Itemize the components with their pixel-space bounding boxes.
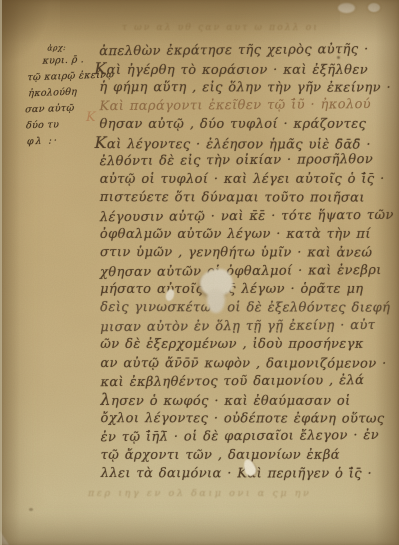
text-line: Καὶ παράγοντι ἐκεῖθεν τῷ ἰ̄ῦ · ἠκολού (99, 96, 391, 117)
text-line: ἡ φήμη αὕτη , εἰς ὅλην τὴν γῆν ἐκείνην · (99, 79, 391, 98)
gospel-text-block: ἀπελθὼν ἐκράτησε τῆς χειρὸς αὐτῆς · Καὶ … (99, 41, 393, 483)
text-line: χθησαν αὐτῶν οἱ ὀφθαλμοί · καὶ ἐνεβρι (100, 262, 392, 283)
faded-red-initial: Κ (86, 110, 96, 125)
damage-spot-top-right-2 (368, 3, 380, 12)
text-line: τῷ ἄρχοντι τῶν , δαιμονίων ἐκβά (101, 446, 393, 465)
text-line: αὐτῷ οἱ τυφλοί · καὶ λέγει αὐτοῖς ὁ ἰ̄ς̄… (100, 170, 392, 189)
manuscript-page: τ ων αλ υθ ςαν αυτ ω πολλ οι ἀρχ: κυρι. … (0, 0, 399, 545)
text-line: μήσατο αὐτοῖς ὁ ἰ̄ς̄ λέγων · ὁρᾶτε μη (100, 281, 392, 300)
text-line: λέγουσιν αὐτῷ · ναὶ κ̄ε̄ · τότε ἥψατο τῶ… (100, 206, 392, 227)
damage-spot-top-right-1 (338, 3, 355, 13)
text-line: ὀφθαλμῶν αὐτῶν λέγων · κατὰ τὴν πί (100, 226, 392, 245)
parchment-stain-top (60, 0, 340, 40)
margin-note-line: φλ :· (26, 132, 101, 151)
ghost-text-top: τ ων αλ υθ ςαν αυτ ω πολλ οι (122, 23, 319, 33)
text-line: λλει τὰ δαιμόνια · Καὶ περιῆγεν ὁ ἰ̄ς̄ · (101, 465, 393, 484)
text-line: μισαν αὐτὸν ἐν ὅλῃ τῇ γῇ ἐκείνῃ · αὐτ (100, 317, 392, 338)
text-line: στιν ὑμῶν , γενηθήτω ὑμῖν · καὶ ἀνεώ (100, 244, 392, 263)
text-line: ὄχλοι λέγοντες · οὐδέποτε ἐφάνη οὕτως (101, 410, 393, 429)
text-line: λησεν ὁ κωφός · καὶ ἐθαύμασαν οἱ (100, 391, 392, 410)
text-line: Καὶ λέγοντες · ἐλέησον ἡμᾶς υἱὲ δ̄ᾱδ̄ · (95, 134, 392, 153)
text-line: ἐλθόντι δὲ εἰς τὴν οἰκίαν · προσῆλθον (100, 151, 392, 172)
text-line: θησαν αὐτῷ , δύο τυφλοί · κράζοντες (100, 115, 392, 134)
text-line: ῶν δὲ ἐξερχομένων , ἰδοὺ προσήνεγκ (100, 336, 392, 355)
text-line: καὶ ἐκβληθέντος τοῦ δαιμονίου , ἐλά (100, 372, 392, 393)
ink-speck-2 (29, 508, 33, 511)
text-line: ἀπελθὼν ἐκράτησε τῆς χειρὸς αὐτῆς · (99, 41, 391, 62)
text-line: δεὶς γινωσκέτω · οἱ δὲ ἐξελθόντες διεφή (100, 300, 392, 319)
page-edge-left (0, 0, 2, 545)
text-line: αν αὐτῷ ἄν̄ο̄ν̄ κωφὸν , δαιμονιζόμενον · (100, 355, 392, 374)
ghost-text-bottom: περ ιηγ εν ολ δαιμ ονι α ςμ ην (88, 488, 311, 499)
text-line: Καὶ ἠγέρθη τὸ κοράσιον · καὶ ἐξῆλθεν (94, 60, 391, 79)
text-line: ἐν τῷ ἰ̄η̄λ̄ · οἱ δὲ φαρισαῖοι ἔλεγον · … (101, 427, 393, 448)
text-line: πιστεύετε ὅτι δύναμαι τοῦτο ποιῆσαι (100, 189, 392, 208)
